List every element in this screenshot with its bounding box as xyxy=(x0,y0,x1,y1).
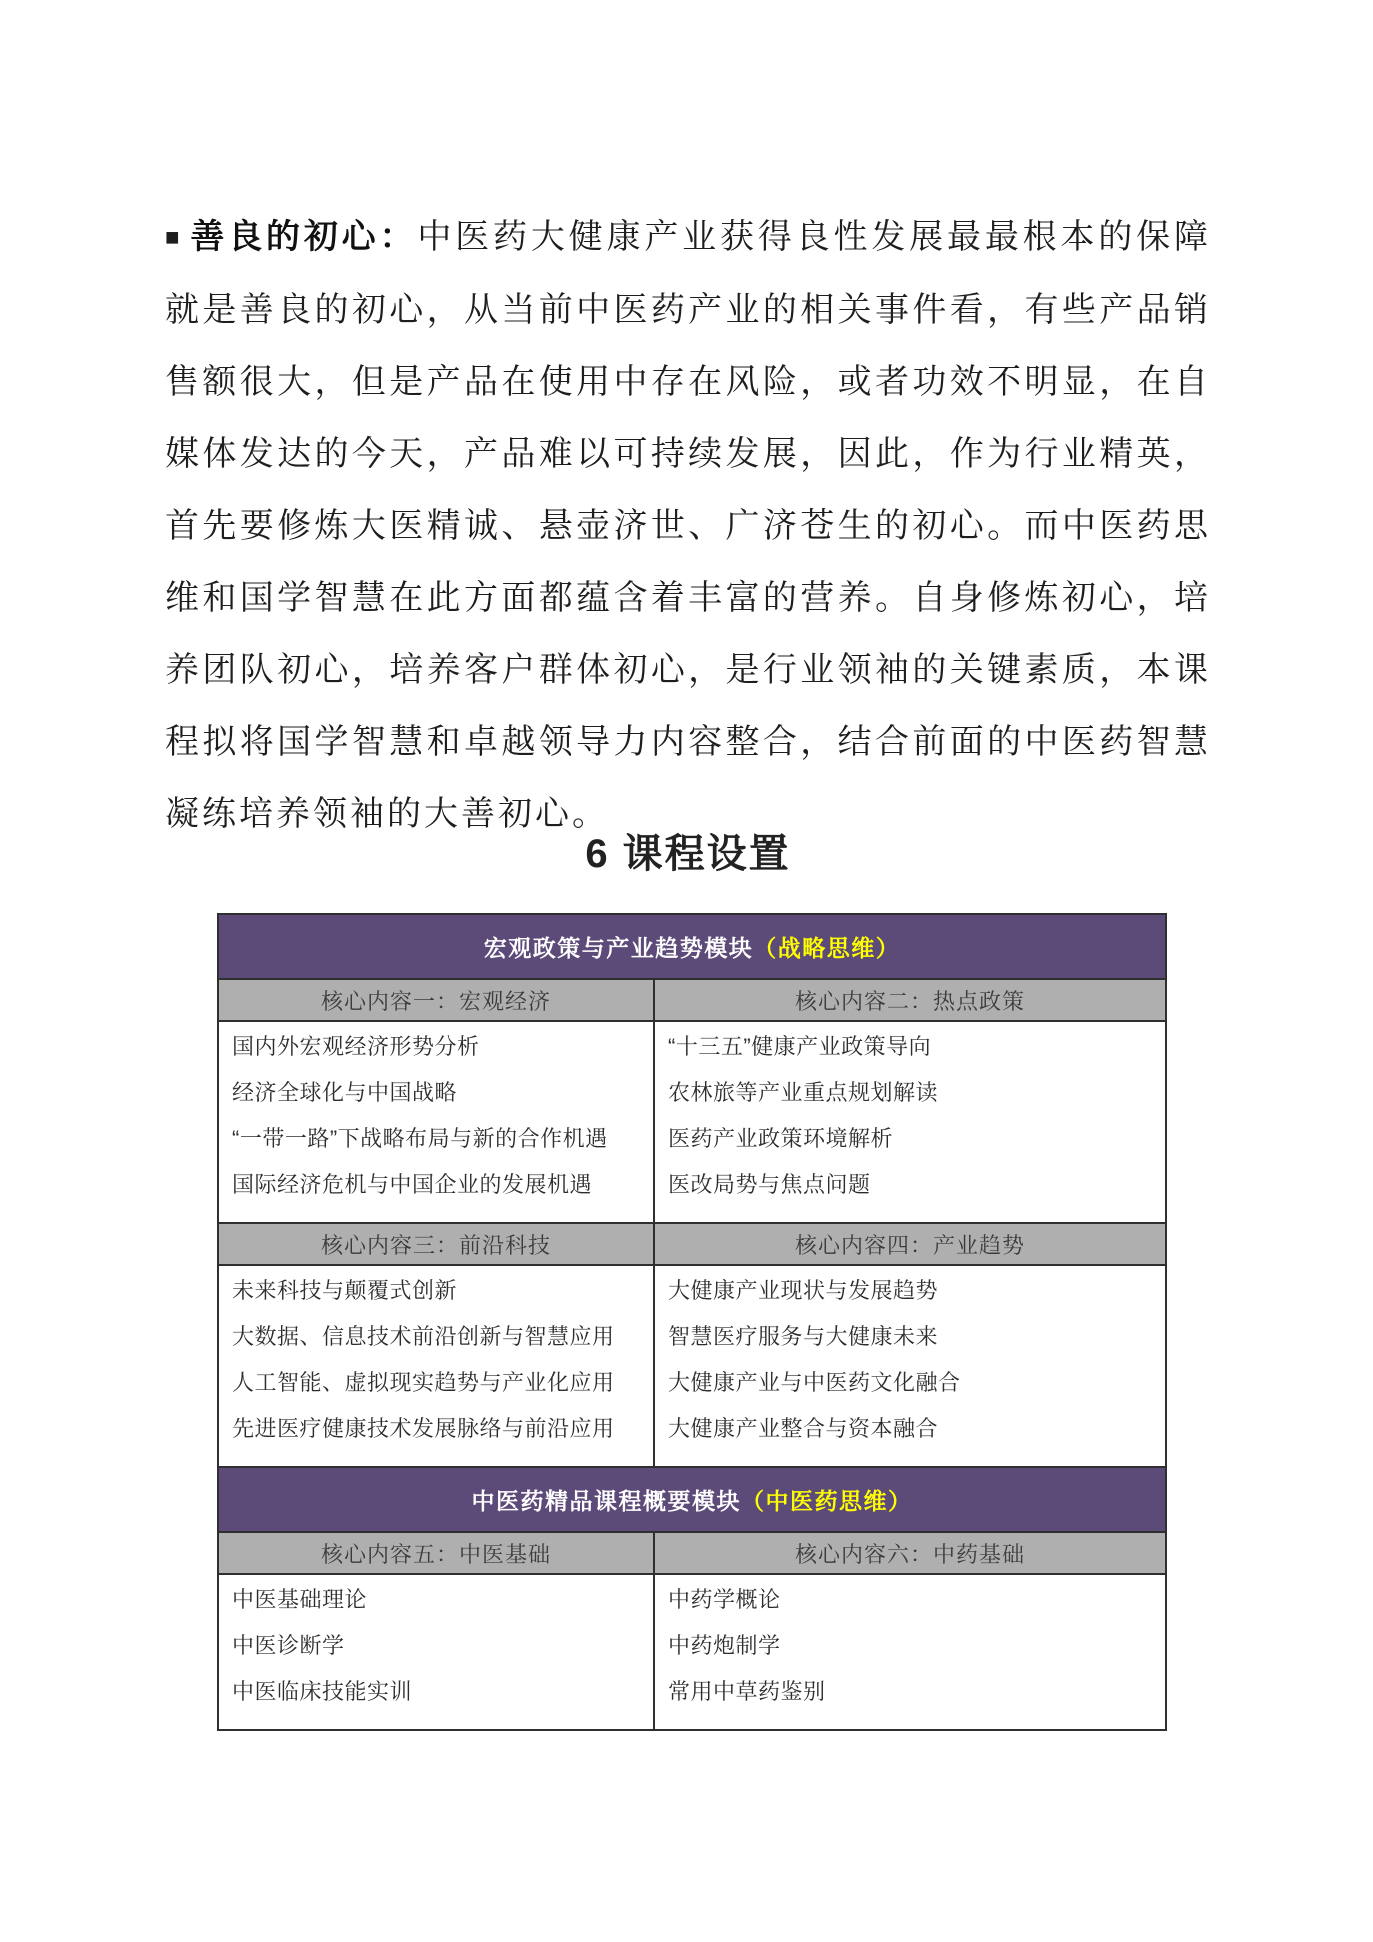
course-item: 常用中草药鉴别 xyxy=(668,1669,1157,1715)
course-item: 智慧医疗服务与大健康未来 xyxy=(668,1314,1157,1360)
core-content-header: 核心内容一：宏观经济 xyxy=(218,979,654,1021)
module-subtitle: （中医药思维） xyxy=(741,1488,913,1514)
course-item: 中医诊断学 xyxy=(232,1623,645,1669)
course-item-cell: 未来科技与颠覆式创新大数据、信息技术前沿创新与智慧应用人工智能、虚拟现实趋势与产… xyxy=(218,1265,654,1467)
course-item: 国际经济危机与中国企业的发展机遇 xyxy=(232,1162,645,1208)
course-table: 宏观政策与产业趋势模块（战略思维）核心内容一：宏观经济核心内容二：热点政策国内外… xyxy=(217,913,1167,1731)
square-bullet-icon: ■ xyxy=(165,224,180,251)
course-item: 大健康产业与中医药文化融合 xyxy=(668,1360,1157,1406)
course-item: 未来科技与颠覆式创新 xyxy=(232,1268,645,1314)
course-item: 先进医疗健康技术发展脉络与前沿应用 xyxy=(232,1406,645,1452)
course-item: “十三五”健康产业政策导向 xyxy=(668,1024,1157,1070)
course-table-wrap: 宏观政策与产业趋势模块（战略思维）核心内容一：宏观经济核心内容二：热点政策国内外… xyxy=(217,913,1167,1731)
course-item: “一带一路”下战略布局与新的合作机遇 xyxy=(232,1116,645,1162)
course-item: 国内外宏观经济形势分析 xyxy=(232,1024,645,1070)
course-item: 大健康产业整合与资本融合 xyxy=(668,1406,1157,1452)
course-item: 医药产业政策环境解析 xyxy=(668,1116,1157,1162)
core-content-header: 核心内容五：中医基础 xyxy=(218,1532,654,1574)
course-item: 中医临床技能实训 xyxy=(232,1669,645,1715)
course-item: 人工智能、虚拟现实趋势与产业化应用 xyxy=(232,1360,645,1406)
course-item: 大数据、信息技术前沿创新与智慧应用 xyxy=(232,1314,645,1360)
course-item: 中药炮制学 xyxy=(668,1623,1157,1669)
core-content-header: 核心内容二：热点政策 xyxy=(654,979,1166,1021)
course-item-cell: 中医基础理论中医诊断学中医临床技能实训 xyxy=(218,1574,654,1730)
course-item-cell: 国内外宏观经济形势分析经济全球化与中国战略“一带一路”下战略布局与新的合作机遇国… xyxy=(218,1021,654,1223)
course-item: 经济全球化与中国战略 xyxy=(232,1070,645,1116)
course-item: 中药学概论 xyxy=(668,1577,1157,1623)
course-item-cell: 大健康产业现状与发展趋势智慧医疗服务与大健康未来大健康产业与中医药文化融合大健康… xyxy=(654,1265,1166,1467)
module-header-2: 中医药精品课程概要模块（中医药思维） xyxy=(218,1467,1166,1532)
module-title: 中医药精品课程概要模块 xyxy=(472,1488,742,1514)
course-item: 大健康产业现状与发展趋势 xyxy=(668,1268,1157,1314)
course-item: 农林旅等产业重点规划解读 xyxy=(668,1070,1157,1116)
paragraph-lead: 善良的初心： xyxy=(190,218,417,256)
section-heading: 6 课程设置 xyxy=(165,822,1211,879)
document-page: ■善良的初心：中医药大健康产业获得良性发展最最根本的保障就是善良的初心，从当前中… xyxy=(0,0,1373,1942)
module-header-1: 宏观政策与产业趋势模块（战略思维） xyxy=(218,914,1166,979)
course-item: 中医基础理论 xyxy=(232,1577,645,1623)
core-content-header: 核心内容四：产业趋势 xyxy=(654,1223,1166,1265)
core-content-header: 核心内容三：前沿科技 xyxy=(218,1223,654,1265)
module-subtitle: （战略思维） xyxy=(753,935,900,961)
course-item: 医改局势与焦点问题 xyxy=(668,1162,1157,1208)
core-content-header: 核心内容六：中药基础 xyxy=(654,1532,1166,1574)
paragraph-body: 中医药大健康产业获得良性发展最最根本的保障就是善良的初心，从当前中医药产业的相关… xyxy=(165,218,1211,833)
course-item-cell: “十三五”健康产业政策导向农林旅等产业重点规划解读医药产业政策环境解析医改局势与… xyxy=(654,1021,1166,1223)
course-item-cell: 中药学概论中药炮制学常用中草药鉴别 xyxy=(654,1574,1166,1730)
module-title: 宏观政策与产业趋势模块 xyxy=(484,935,754,961)
intro-paragraph: ■善良的初心：中医药大健康产业获得良性发展最最根本的保障就是善良的初心，从当前中… xyxy=(165,201,1211,850)
